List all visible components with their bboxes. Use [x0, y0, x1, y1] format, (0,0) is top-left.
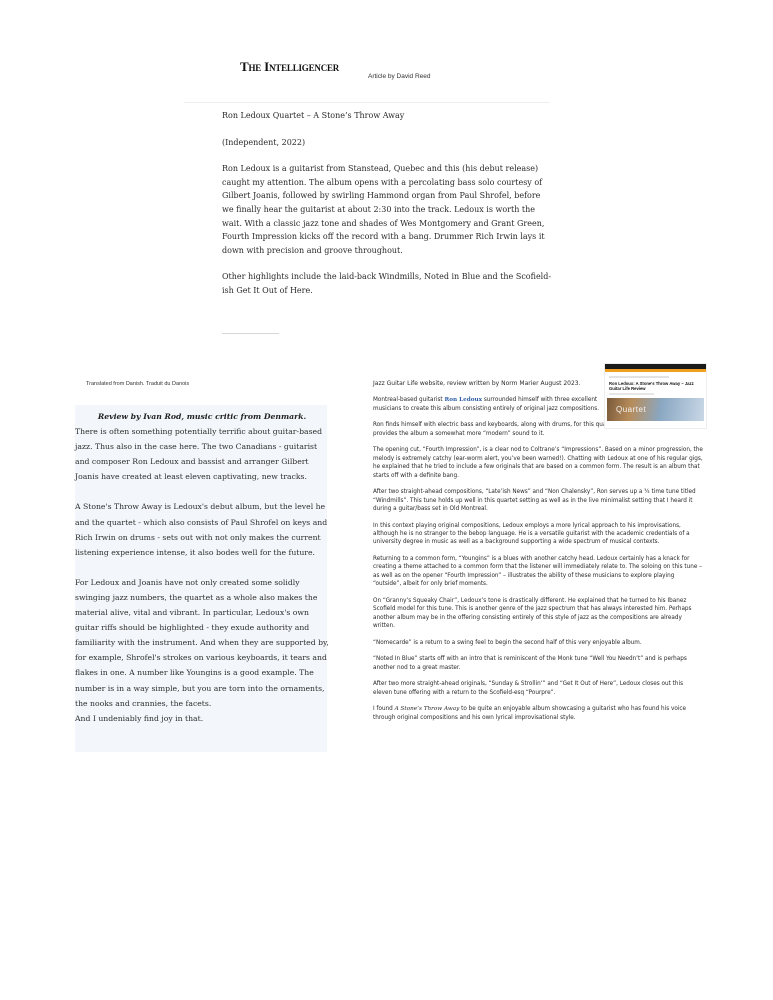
- article-label: (Independent, 2022): [222, 136, 552, 150]
- review-paragraph: On “Granny’s Squeaky Chair”, Ledoux’s to…: [373, 597, 703, 631]
- newspaper-masthead: The Intelligencer: [240, 59, 339, 75]
- album-title: A Stone’s Throw Away: [395, 706, 460, 712]
- thumbnail-image-text: Quartet: [616, 405, 646, 414]
- translation-note: Translated from Danish. Traduit du Danoi…: [86, 381, 189, 387]
- jgl-review: Jazz Guitar Life website, review written…: [373, 380, 703, 730]
- review-intro: Montreal-based guitarist Ron Ledoux surr…: [373, 396, 601, 413]
- website-thumbnail: Ron Ledoux: A Stone's Throw Away – Jazz …: [604, 363, 707, 429]
- thumbnail-photo: Quartet: [607, 398, 704, 421]
- review-paragraph: For Ledoux and Joanis have not only crea…: [75, 575, 333, 711]
- article-paragraph: Ron Ledoux is a guitarist from Stanstead…: [222, 162, 552, 257]
- review-paragraph: After two more straight-ahead originals,…: [373, 680, 703, 697]
- article-title: Ron Ledoux Quartet – A Stone’s Throw Awa…: [222, 109, 552, 123]
- thumbnail-title: Ron Ledoux: A Stone's Throw Away – Jazz …: [609, 381, 702, 391]
- closing-text: I found: [373, 706, 395, 712]
- intro-text: Montreal-based guitarist: [373, 397, 444, 403]
- newspaper-article: Ron Ledoux Quartet – A Stone’s Throw Awa…: [222, 109, 552, 311]
- review-paragraph: After two straight-ahead compositions, “…: [373, 488, 703, 513]
- review-paragraph: “Noted In Blue” starts off with an intro…: [373, 655, 703, 672]
- review-paragraph: The opening cut, “Fourth Impression”, is…: [373, 446, 703, 480]
- review-paragraph: There is often something potentially ter…: [75, 424, 333, 484]
- thumbnail-breadcrumb: [609, 376, 669, 378]
- review-paragraph: “Nomecarde” is a return to a swing feel …: [373, 639, 703, 647]
- divider: [222, 333, 279, 334]
- review-paragraph: Returning to a common form, “Youngins” i…: [373, 555, 703, 589]
- article-byline: Article by David Reed: [368, 73, 431, 80]
- review-paragraph: In this context playing original composi…: [373, 522, 703, 547]
- review-closing: I found A Stone’s Throw Away to be quite…: [373, 705, 703, 722]
- danish-review-heading: Review by Ivan Rod, music critic from De…: [75, 409, 333, 424]
- review-paragraph: And I undeniably find joy in that.: [75, 711, 333, 726]
- divider: [184, 102, 550, 103]
- review-paragraph: A Stone's Throw Away is Ledoux's debut a…: [75, 499, 333, 559]
- thumbnail-meta: [609, 393, 654, 395]
- article-paragraph: Other highlights include the laid-back W…: [222, 270, 552, 297]
- thumbnail-accent-bar: [605, 369, 706, 372]
- review-source: Jazz Guitar Life website, review written…: [373, 380, 601, 388]
- danish-review: Review by Ivan Rod, music critic from De…: [75, 409, 333, 726]
- ron-ledoux-link[interactable]: Ron Ledoux: [444, 397, 482, 403]
